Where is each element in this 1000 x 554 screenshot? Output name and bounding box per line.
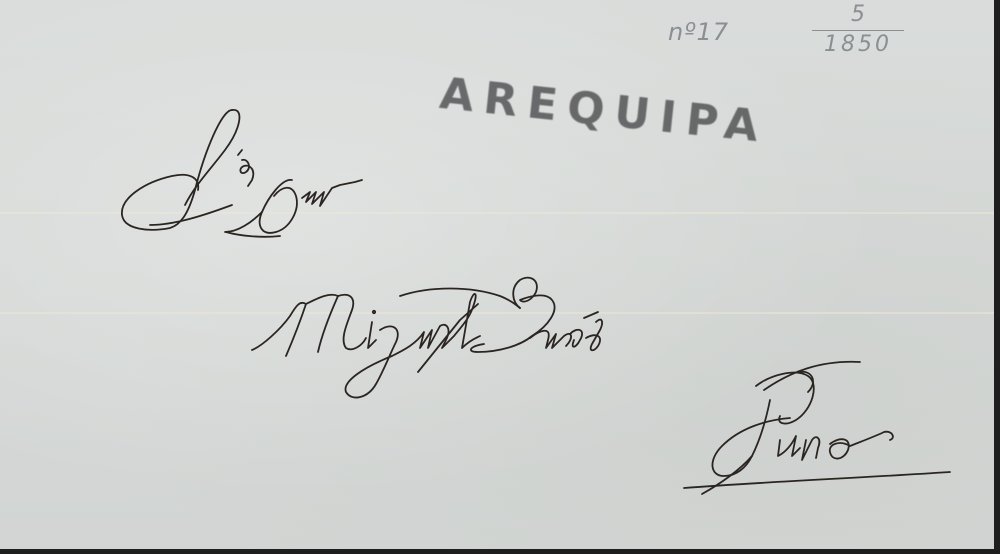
handwritten-address (0, 0, 1000, 554)
scan-edge-right (994, 0, 1000, 554)
postal-cover: nº17 5 1850 AREQUIPA (0, 0, 994, 549)
scan-edge-bottom (0, 549, 1000, 554)
recipient-script (252, 278, 602, 398)
destination-script (684, 362, 950, 494)
salutation-script (122, 110, 362, 237)
